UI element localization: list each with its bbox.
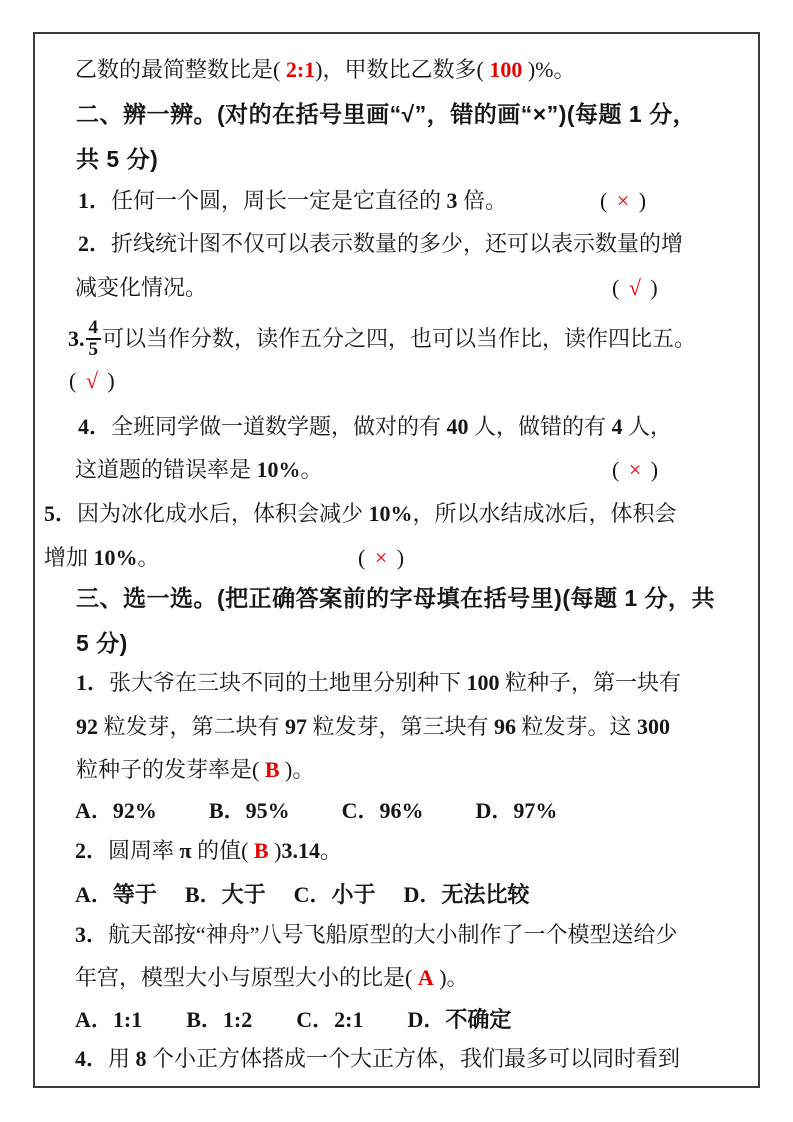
section-3-heading-line-1: 三、选一选。(把正确答案前的字母填在括号里)(每题 1 分，共 bbox=[76, 583, 715, 613]
answer-text: × bbox=[375, 545, 389, 570]
section-3-question-1-line-2: 92 粒发芽，第二块有 97 粒发芽，第三块有 96 粒发芽。这 300 bbox=[76, 712, 670, 742]
question-text: 这道题的错误率是 10%。 bbox=[75, 457, 323, 482]
answer-mark: ( √ ) bbox=[69, 368, 117, 393]
section-3-question-3-options: A．1:1 B．1:2 C．2:1 D．不确定 bbox=[75, 1005, 511, 1035]
section-2-question-2-line-1: 2．折线统计图不仅可以表示数量的多少，还可以表示数量的增 bbox=[78, 229, 683, 259]
text-run: ) bbox=[643, 275, 660, 300]
text-run: 300 bbox=[637, 714, 670, 739]
text-run: 个小正方体搭成一个大正方体，我们最多可以同时看到 bbox=[147, 1046, 681, 1071]
text-run: 2． bbox=[75, 838, 108, 863]
text-run: ，所以水结成冰后，体积会 bbox=[413, 501, 677, 526]
text-run: 1． bbox=[78, 188, 111, 213]
option-c: C．96% bbox=[342, 796, 424, 826]
text-run: 共 5 分) bbox=[76, 146, 158, 172]
answer-mark: ( × ) bbox=[600, 186, 648, 216]
text-run: ( bbox=[612, 457, 629, 482]
text-run: 8 bbox=[136, 1046, 147, 1071]
text-run: ) bbox=[269, 838, 282, 863]
text-run: 2． bbox=[78, 231, 111, 256]
text-run: 4． bbox=[75, 1046, 108, 1071]
text-run: ( bbox=[358, 545, 375, 570]
text-run: 4 bbox=[612, 414, 623, 439]
text-run: 100 bbox=[467, 670, 500, 695]
answer-text: 100 bbox=[489, 57, 522, 82]
text-run: ( bbox=[69, 368, 86, 393]
text-run: 因为冰化成水后，体积会减少 bbox=[77, 501, 369, 526]
text-run: )。 bbox=[280, 757, 315, 782]
text-run: )，甲数比乙数多( bbox=[315, 57, 489, 82]
answer-mark: ( × ) bbox=[358, 543, 406, 573]
section-3-heading-line-2: 5 分) bbox=[76, 628, 128, 658]
answer-text: B bbox=[265, 757, 280, 782]
text-run: ( bbox=[600, 188, 617, 213]
section-2-question-3-line-1: 3.45可以当作分数，读作五分之四，也可以当作比，读作四比五。 bbox=[68, 310, 696, 368]
text-run: )。 bbox=[434, 965, 469, 990]
text-run: 减变化情况。 bbox=[75, 275, 207, 300]
text-run: π bbox=[180, 838, 192, 863]
option-a: A．92% bbox=[75, 796, 157, 826]
section-2-heading-line-1: 二、辨一辨。(对的在括号里画“√”，错的画“×”)(每题 1 分， bbox=[76, 99, 696, 129]
section-2-heading-line-2: 共 5 分) bbox=[76, 144, 158, 174]
text-run: 圆周率 bbox=[108, 838, 180, 863]
option-a: A．等于 bbox=[75, 880, 157, 910]
text-run: 人， bbox=[623, 414, 673, 439]
section-3-question-3-line-1: 3．航天部按“神舟”八号飞船原型的大小制作了一个模型送给少 bbox=[75, 920, 678, 950]
text-run: 任何一个圆，周长一定是它直径的 bbox=[111, 188, 447, 213]
text-run: 3． bbox=[75, 922, 108, 947]
text-run: 。 bbox=[320, 838, 342, 863]
text-run: 折线统计图不仅可以表示数量的多少，还可以表示数量的增 bbox=[111, 231, 683, 256]
intro-line: 乙数的最简整数比是( 2:1)，甲数比乙数多( 100 )%。 bbox=[75, 55, 575, 85]
section-3-question-1-line-3: 粒种子的发芽率是( B )。 bbox=[76, 755, 314, 785]
text-run: 张大爷在三块不同的土地里分别种下 bbox=[109, 670, 467, 695]
option-c: C．2:1 bbox=[296, 1005, 363, 1035]
section-2-question-5-line-1: 5．因为冰化成水后，体积会减少 10%，所以水结成冰后，体积会 bbox=[44, 499, 677, 529]
answer-text: A bbox=[418, 965, 434, 990]
text-run: 。 bbox=[138, 545, 160, 570]
section-2-question-3-answer-line: ( √ ) bbox=[69, 366, 117, 396]
text-run: 10% bbox=[94, 545, 138, 570]
option-b: B．95% bbox=[209, 796, 290, 826]
text-run: 92 bbox=[76, 714, 98, 739]
answer-text: √ bbox=[86, 368, 100, 393]
text-run: 10% bbox=[257, 457, 301, 482]
text-run: 3. bbox=[68, 324, 85, 354]
text-run: 粒种子，第一块有 bbox=[500, 670, 682, 695]
option-d: D．97% bbox=[475, 796, 557, 826]
text-run: 乙数的最简整数比是( bbox=[75, 57, 286, 82]
text-run: 人，做错的有 bbox=[469, 414, 612, 439]
text-run: 这道题的错误率是 bbox=[75, 457, 257, 482]
section-3-question-2-line-1: 2．圆周率 π 的值( B )3.14。 bbox=[75, 836, 342, 866]
text-run: 的值( bbox=[192, 838, 254, 863]
text-run: )%。 bbox=[522, 57, 575, 82]
section-3-question-1-options: A．92% B．95% C．96% D．97% bbox=[75, 796, 557, 826]
answer-text: × bbox=[617, 188, 631, 213]
section-2-question-5-line-2: 增加 10%。 ( × ) bbox=[44, 543, 160, 573]
text-run: 4． bbox=[78, 414, 111, 439]
section-3-question-4-line-1: 4．用 8 个小正方体搭成一个大正方体，我们最多可以同时看到 bbox=[75, 1044, 680, 1074]
text-run: 5． bbox=[44, 501, 77, 526]
question-text: 减变化情况。 bbox=[75, 275, 207, 300]
text-run: ( bbox=[612, 275, 629, 300]
option-d: D．无法比较 bbox=[403, 880, 529, 910]
option-c: C．小于 bbox=[294, 880, 376, 910]
text-run: 可以当作分数，读作五分之四，也可以当作比，读作四比五。 bbox=[102, 324, 696, 354]
text-run: ) bbox=[643, 457, 660, 482]
option-a: A．1:1 bbox=[75, 1005, 142, 1035]
text-run: 10% bbox=[369, 501, 413, 526]
text-run: 用 bbox=[108, 1046, 136, 1071]
section-3-question-1-line-1: 1．张大爷在三块不同的土地里分别种下 100 粒种子，第一块有 bbox=[76, 668, 681, 698]
section-2-question-4-line-1: 4．全班同学做一道数学题，做对的有 40 人，做错的有 4 人， bbox=[78, 412, 672, 442]
text-run: ) bbox=[100, 368, 117, 393]
fraction-four-fifths: 45 bbox=[86, 318, 102, 360]
text-run: 。 bbox=[301, 457, 323, 482]
text-run: 3 bbox=[447, 188, 458, 213]
text-run: 年宫，模型大小与原型大小的比是( bbox=[75, 965, 418, 990]
answer-mark: ( √ ) bbox=[612, 273, 660, 303]
answer-text: 2:1 bbox=[286, 57, 315, 82]
answer-mark: ( × ) bbox=[612, 455, 660, 485]
answer-text: √ bbox=[629, 275, 643, 300]
text-run: 97 bbox=[285, 714, 307, 739]
option-d: D．不确定 bbox=[407, 1005, 511, 1035]
text-run: 粒发芽。这 bbox=[516, 714, 637, 739]
section-2-question-1: 1．任何一个圆，周长一定是它直径的 3 倍。 ( × ) bbox=[78, 186, 507, 216]
option-b: B．大于 bbox=[185, 880, 266, 910]
text-run: 三、选一选。(把正确答案前的字母填在括号里)(每题 1 分，共 bbox=[76, 585, 715, 611]
option-b: B．1:2 bbox=[186, 1005, 252, 1035]
text-run: ) bbox=[389, 545, 406, 570]
answer-text: B bbox=[254, 838, 269, 863]
text-run: 二、辨一辨。(对的在括号里画“√”，错的画“×”)(每题 1 分， bbox=[76, 101, 696, 127]
section-3-question-3-line-2: 年宫，模型大小与原型大小的比是( A )。 bbox=[75, 963, 469, 993]
text-run: 航天部按“神舟”八号飞船原型的大小制作了一个模型送给少 bbox=[108, 922, 678, 947]
text-run: 1． bbox=[76, 670, 109, 695]
text-run: 40 bbox=[447, 414, 469, 439]
text-run: 增加 bbox=[44, 545, 94, 570]
section-3-question-2-options: A．等于 B．大于 C．小于 D．无法比较 bbox=[75, 880, 529, 910]
section-2-question-4-line-2: 这道题的错误率是 10%。 ( × ) bbox=[75, 455, 323, 485]
question-text: 1．任何一个圆，周长一定是它直径的 3 倍。 bbox=[78, 188, 507, 213]
answer-text: × bbox=[629, 457, 643, 482]
text-run: ) bbox=[631, 188, 648, 213]
text-run: 全班同学做一道数学题，做对的有 bbox=[111, 414, 447, 439]
question-text: 增加 10%。 bbox=[44, 545, 160, 570]
text-run: 96 bbox=[494, 714, 516, 739]
text-run: 3.14 bbox=[281, 838, 320, 863]
text-run: 粒发芽，第三块有 bbox=[307, 714, 494, 739]
test-paper-page: { "page": { "background": "#ffffff", "bo… bbox=[0, 0, 793, 1122]
text-run: 倍。 bbox=[458, 188, 508, 213]
text-run: 粒种子的发芽率是( bbox=[76, 757, 265, 782]
section-2-question-2-line-2: 减变化情况。 ( √ ) bbox=[75, 273, 207, 303]
text-run: 5 分) bbox=[76, 630, 128, 656]
text-run: 粒发芽，第二块有 bbox=[98, 714, 285, 739]
